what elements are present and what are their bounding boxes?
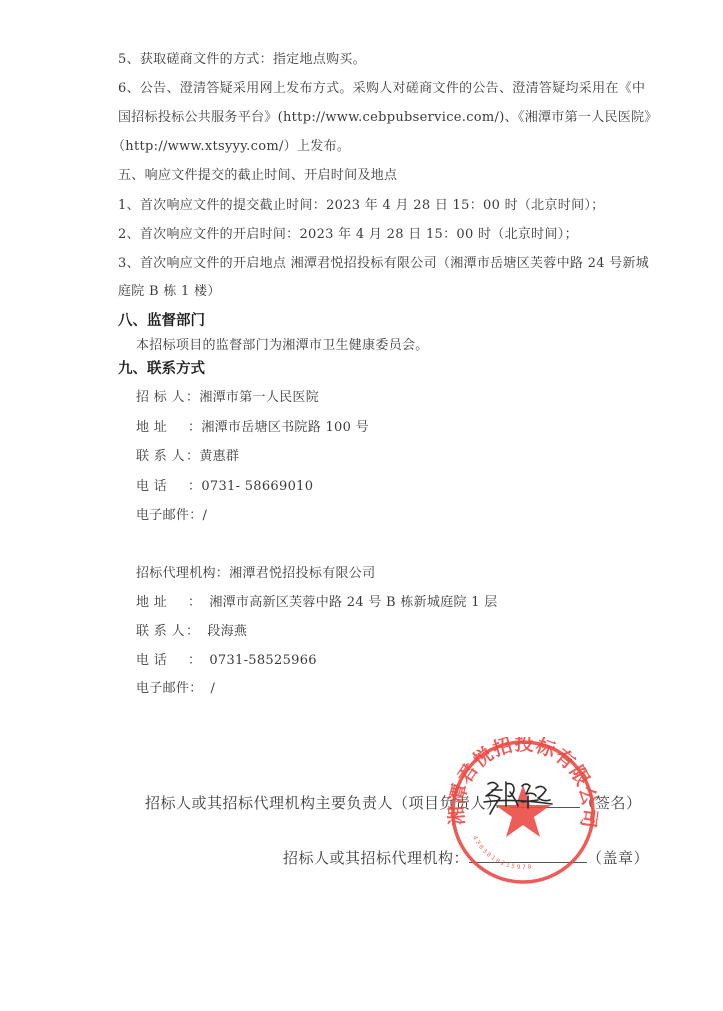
section8-body: 本招标项目的监督部门为湘潭市卫生健康委员会。 <box>136 338 429 354</box>
agency-email-row: 电子邮件： / <box>136 681 215 697</box>
tenderer-phone: 0731- 58669010 <box>201 479 313 495</box>
section5-item-deadline: 1、首次响应文件的提交截止时间：2023 年 4 月 28 日 15：00 时（… <box>118 198 604 214</box>
label-char: 话 <box>154 479 167 494</box>
agency-phone-row: 电 话 ： 0731-58525966 <box>136 653 317 669</box>
agency-email: / <box>211 681 216 697</box>
label-separator: ： <box>188 479 201 495</box>
tenderer-name-row: 招 标 人 ： 湘潭市第一人民医院 <box>136 390 319 406</box>
agency-phone: 0731-58525966 <box>209 653 317 669</box>
tenderer-email: / <box>203 508 208 524</box>
org-seal-row: 招标人或其招标代理机构：（盖章） <box>283 848 649 868</box>
agency-phone-label: 电 话 <box>136 653 188 669</box>
tenderer-contact-label: 联 系 人 <box>136 449 186 465</box>
item-announcement-line3: （http://www.xtsyyy.com/）上发布。 <box>112 139 350 155</box>
label-char: 招 <box>136 390 149 405</box>
agency-name-label: 招标代理机构： <box>136 566 229 582</box>
tenderer-email-row: 电子邮件： / <box>136 508 207 524</box>
agency-contact: 段海燕 <box>207 624 247 640</box>
tenderer-name: 湘潭市第一人民医院 <box>199 390 319 406</box>
section5-title: 五、响应文件提交的截止时间、开启时间及地点 <box>118 168 397 184</box>
agency-email-label: 电子邮件： <box>136 681 203 697</box>
label-char: 人 <box>172 390 185 405</box>
signature-blank <box>510 793 580 808</box>
tenderer-address-label: 地 址 <box>136 420 188 436</box>
label-separator: ： <box>186 624 199 640</box>
section5-item-opening-place: 3、首次响应文件的开启地点 湘潭君悦招投标有限公司（湘潭市岳塘区芙蓉中路 24 … <box>118 256 649 272</box>
item-announcement-line2: 国招标投标公共服务平台》(http://www.cebpubservice.co… <box>118 110 658 126</box>
tenderer-email-label: 电子邮件： <box>136 508 203 524</box>
label-separator: ： <box>186 449 199 465</box>
agency-address: 湘潭市高新区芙蓉中路 24 号 B 栋新城庭院 1 层 <box>209 595 497 611</box>
label-separator: ： <box>188 595 201 611</box>
label-separator: ： <box>188 420 201 436</box>
label-separator: ： <box>186 390 199 406</box>
responsible-person-label: 招标人或其招标代理机构主要负责人（项目负责人）： <box>145 794 510 812</box>
tenderer-phone-label: 电 话 <box>136 479 188 495</box>
tenderer-name-label: 招 标 人 <box>136 390 186 406</box>
agency-address-row: 地 址 ： 湘潭市高新区芙蓉中路 24 号 B 栋新城庭院 1 层 <box>136 595 498 611</box>
responsible-person-signature-row: 招标人或其招标代理机构主要负责人（项目负责人）：（签名） <box>145 793 642 813</box>
item-announcement-line1: 6、公告、澄清答疑采用网上发布方式。采购人对磋商文件的公告、澄清答疑均采用在《中 <box>118 81 645 97</box>
section5-item-opening-time: 2、首次响应文件的开启时间：2023 年 4 月 28 日 15：00 时（北京… <box>118 227 578 243</box>
agency-contact-row: 联 系 人 ： 段海燕 <box>136 624 247 640</box>
label-char: 人 <box>172 449 185 464</box>
label-char: 人 <box>172 624 185 639</box>
section8-title: 八、监督部门 <box>118 312 205 330</box>
signature-suffix: （签名） <box>580 794 642 812</box>
label-char: 地 <box>136 420 149 435</box>
tenderer-address: 湘潭市岳塘区书院路 100 号 <box>201 420 369 436</box>
tenderer-contact: 黄惠群 <box>199 449 239 465</box>
tenderer-address-row: 地 址 ： 湘潭市岳塘区书院路 100 号 <box>136 420 369 436</box>
tenderer-contact-row: 联 系 人 ： 黄惠群 <box>136 449 239 465</box>
agency-name: 湘潭君悦招投标有限公司 <box>229 566 375 582</box>
label-char: 地 <box>136 595 149 610</box>
label-char: 址 <box>154 595 167 610</box>
label-separator: ： <box>188 653 201 669</box>
seal-suffix: （盖章） <box>587 849 649 867</box>
org-label: 招标人或其招标代理机构： <box>283 849 469 867</box>
label-char: 联 <box>136 624 149 639</box>
label-char: 标 <box>154 390 167 405</box>
agency-name-row: 招标代理机构： 湘潭君悦招投标有限公司 <box>136 566 375 582</box>
agency-address-label: 地 址 <box>136 595 188 611</box>
section5-item-opening-place-cont: 庭院 B 栋 1 楼） <box>118 284 221 300</box>
seal-blank <box>469 848 587 863</box>
label-char: 电 <box>136 653 149 668</box>
agency-contact-label: 联 系 人 <box>136 624 186 640</box>
svg-text:湘潭君悦招投标有限公司: 湘潭君悦招投标有限公司 <box>444 737 600 830</box>
label-char: 话 <box>154 653 167 668</box>
section9-title: 九、联系方式 <box>118 360 205 378</box>
item-obtain-method: 5、获取磋商文件的方式：指定地点购买。 <box>118 52 366 68</box>
label-char: 址 <box>154 420 167 435</box>
label-char: 系 <box>154 449 167 464</box>
label-char: 系 <box>154 624 167 639</box>
label-char: 电 <box>136 479 149 494</box>
tenderer-phone-row: 电 话 ： 0731- 58669010 <box>136 479 313 495</box>
label-char: 联 <box>136 449 149 464</box>
